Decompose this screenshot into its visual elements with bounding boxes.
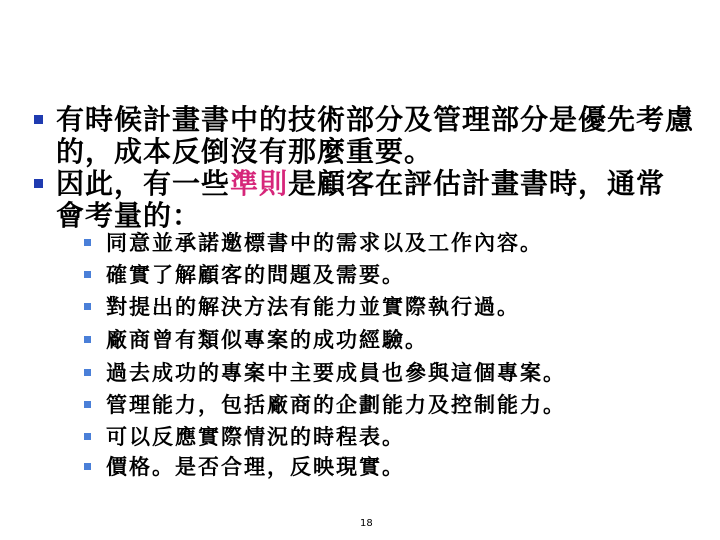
sub-bullet-text: 過去成功的專案中主要成員也參與這個專案。 [106,361,624,385]
sub-bullet-item-1: 同意並承諾邀標書中的需求以及工作內容。 [84,231,624,255]
sub-bullet-text: 確實了解顧客的問題及需要。 [106,263,624,287]
sub-bullet-item-2: 確實了解顧客的問題及需要。 [84,263,624,287]
square-bullet-icon [84,433,91,440]
text-before: 因此，有一些 [56,167,230,200]
square-bullet-icon [84,271,91,278]
square-bullet-icon [84,303,91,310]
slide: 有時候計畫書中的技術部分及管理部分是優先考慮的，成本反倒沒有那麼重要。 因此，有… [0,0,720,540]
sub-bullet-text: 對提出的解決方法有能力並實際執行過。 [106,295,624,319]
sub-bullet-item-6: 管理能力，包括廠商的企劃能力及控制能力。 [84,393,624,417]
sub-bullet-text: 可以反應實際情況的時程表。 [106,425,624,449]
page-number: 18 [360,518,390,529]
square-bullet-icon [84,336,91,343]
square-bullet-icon [34,179,43,188]
bullet-item-1: 有時候計畫書中的技術部分及管理部分是優先考慮的，成本反倒沒有那麼重要。 [34,104,694,168]
sub-bullet-item-7: 可以反應實際情況的時程表。 [84,425,624,449]
sub-bullet-item-3: 對提出的解決方法有能力並實際執行過。 [84,295,624,319]
square-bullet-icon [84,369,91,376]
bullet-text: 因此，有一些準則是顧客在評估計畫書時，通常會考量的： [56,168,694,232]
bullet-text: 有時候計畫書中的技術部分及管理部分是優先考慮的，成本反倒沒有那麼重要。 [56,104,694,168]
sub-bullet-item-5: 過去成功的專案中主要成員也參與這個專案。 [84,361,624,385]
square-bullet-icon [84,239,91,246]
highlighted-term: 準則 [230,167,288,200]
sub-bullet-text: 價格。是否合理，反映現實。 [106,455,624,479]
sub-bullet-text: 同意並承諾邀標書中的需求以及工作內容。 [106,231,624,255]
sub-bullet-item-8: 價格。是否合理，反映現實。 [84,455,624,479]
square-bullet-icon [84,463,91,470]
sub-bullet-item-4: 廠商曾有類似專案的成功經驗。 [84,328,624,352]
sub-bullet-text: 廠商曾有類似專案的成功經驗。 [106,328,624,352]
sub-bullet-text: 管理能力，包括廠商的企劃能力及控制能力。 [106,393,624,417]
bullet-item-2: 因此，有一些準則是顧客在評估計畫書時，通常會考量的： [34,168,694,232]
square-bullet-icon [34,115,43,124]
square-bullet-icon [84,401,91,408]
